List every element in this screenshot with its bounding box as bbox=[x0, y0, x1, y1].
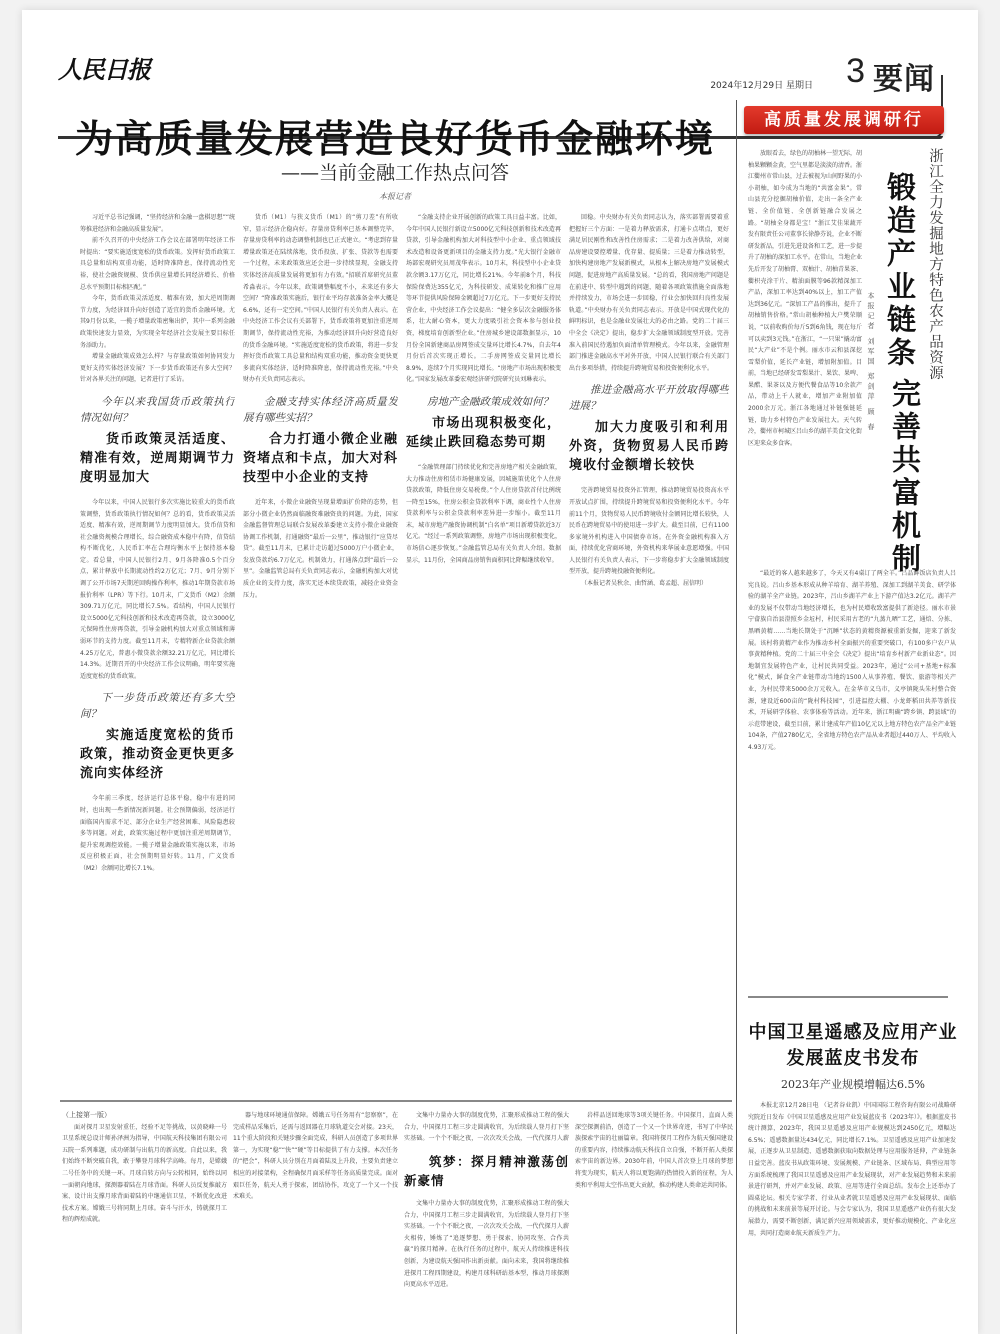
page-number: 3 bbox=[846, 52, 865, 91]
body-paragraph: “最近的客人越来越多了，今天又有4桌订了两全羊。”吕品鲜饭店负责人吕宪良说。吕山… bbox=[748, 568, 956, 754]
section-question: 金融支持实体经济高质量发展有哪些实招？ bbox=[243, 394, 398, 426]
continued-column-1: （上接第一版） 面对探月卫星发射重任，经验不足等挑战，以黄晓峰一号卫星系统总设计… bbox=[62, 1110, 227, 1330]
feature-kicker: 浙江全力发掘地方特色农产品资源 bbox=[925, 148, 946, 381]
closing-note: （本报记者吴秋余、曲哲涵、葛孟超、屈信明） bbox=[569, 578, 729, 590]
body-paragraph: 本报北京12月28日电 （记者谷业凯）中国国际工程咨询有限公司战略研究院近日发布… bbox=[748, 1100, 956, 1239]
feature-title-line-2: 完善共富机制 bbox=[885, 378, 926, 576]
column-divider bbox=[736, 100, 737, 1334]
intro-paragraph: 增量金融政策成效怎么样？与存量政策如何协同发力更好支持实体经济发展？下一步货币政… bbox=[80, 351, 235, 386]
section-name: 要闻 bbox=[873, 54, 935, 98]
lead-subheadline: ——当前金融工作热点问答 bbox=[60, 158, 730, 185]
body-paragraph: “金融支持企业开展创新的政策工具日益丰富。比如，今年中国人民银行新设立5000亿… bbox=[406, 212, 561, 386]
lead-column-1: 习近平总书记强调，“坚持经济和金融一盘棋思想”“统筹推进经济和金融高质量发展”。… bbox=[80, 212, 235, 1062]
section-rule bbox=[748, 996, 948, 998]
section-rule bbox=[60, 1100, 732, 1102]
body-paragraph: 文集中力量办大事的制度优势，汇聚形成推动工程的强大合力，中国探月工程三步走圆满收… bbox=[404, 1110, 569, 1142]
feature-banner: 高质量发展调研行 bbox=[744, 106, 944, 134]
section-question: 下一步货币政策还有多大空间？ bbox=[80, 690, 235, 722]
body-paragraph: 货币（M1）与狭义货币（M1）的“剪刀差”有所收窄，显示经济企稳向好。存量房贷利… bbox=[243, 212, 398, 386]
feature-column-upper: 放眼看去，绿色的胡柚林一望无际，胡柚果颗颗金黄，空气里都是淡淡的清香。浙江衢州市… bbox=[748, 148, 862, 568]
section-answer: 合力打通小微企业融资堵点和卡点，加大对科技型中小企业的支持 bbox=[243, 430, 398, 487]
body-paragraph: 今年以来，中国人民银行多次实施比较重大的货币政策调整，货币政策执行情况如何？总的… bbox=[80, 497, 235, 683]
section-question: 推进金融高水平开放取得哪些进展？ bbox=[569, 382, 729, 414]
feature-title-line-1: 锻造产业链条 bbox=[885, 172, 915, 370]
section-question: 今年以来我国货币政策执行情况如何？ bbox=[80, 394, 235, 426]
section-answer: 实施适度宽松的货币政策，推动资金更快更多流向实体经济 bbox=[80, 726, 235, 783]
satellite-article-body: 本报北京12月28日电 （记者谷业凯）中国国际工程咨询有限公司战略研究院近日发布… bbox=[748, 1100, 956, 1310]
section-answer: 加大力度吸引和利用外资，货物贸易人民币跨境收付金额增长较快 bbox=[569, 418, 729, 475]
issue-date: 2024年12月29日 星期日 bbox=[710, 78, 813, 91]
lead-column-3: “金融支持企业开展创新的政策工具日益丰富。比如，今年中国人民银行新设立5000亿… bbox=[406, 212, 561, 1062]
section-answer: 货币政策灵活适度、精准有效，逆周期调节力度明显加大 bbox=[80, 430, 235, 487]
satellite-article-subtitle: 2023年产业规模增幅达6.5% bbox=[748, 1076, 958, 1092]
body-paragraph: 放眼看去，绿色的胡柚林一望无际，胡柚果颗颗金黄，空气里都是淡淡的清香。浙江衢州市… bbox=[748, 148, 862, 449]
lead-column-4: 回稳。中央财办有关负责同志认为，落实部署需要着重把握好三个方面：一是着力释放需求… bbox=[569, 212, 729, 1062]
feature-column-lower: “最近的客人越来越多了，今天又有4桌订了两全羊。”吕品鲜饭店负责人吕宪良说。吕山… bbox=[748, 568, 956, 988]
body-paragraph: 器与地球环境通信保障。嫦娥五号任务用有“忽察察”，在完成样品采集后，还需与返回器… bbox=[233, 1110, 398, 1203]
continued-section-heading: 筑梦：探月精神激荡创新豪情 bbox=[404, 1152, 569, 1190]
continued-column-4: 岩样品送回地球等3项关键任务。中国探月，直面人类深空探测前沿，创造了一个又一个世… bbox=[575, 1110, 733, 1330]
section-answer: 市场出现积极变化，延续止跌回稳态势可期 bbox=[406, 414, 561, 452]
body-paragraph: 近年来，小微企业融资呈现量增面扩价降的态势，但部分小微企业仍然面临融资难融资贵的… bbox=[243, 497, 398, 601]
continued-column-3: 文集中力量办大事的制度优势，汇聚形成推动工程的强大合力，中国探月工程三步走圆满收… bbox=[404, 1110, 569, 1330]
feature-byline: 本报记者 刘军国 郑剑萍 顾 春 bbox=[866, 292, 876, 433]
intro-paragraph: 今年，货币政策灵活适度、精准有效，加大逆周期调节力度，为经济回升向好创造了适宜的… bbox=[80, 293, 235, 351]
body-paragraph: 文集中力量办大事的制度优势，汇聚形成推动工程的强大合力，中国探月工程三步走圆满收… bbox=[404, 1198, 569, 1291]
lead-column-2: 货币（M1）与狭义货币（M1）的“剪刀差”有所收窄，显示经济企稳向好。存量房贷利… bbox=[243, 212, 398, 1062]
lead-byline: 本报记者 bbox=[60, 191, 730, 202]
body-paragraph: “金融管理部门持续优化和完善房地产相关金融政策，大力推动住房租赁市场健康发展，因… bbox=[406, 462, 561, 566]
body-paragraph: 回稳。中央财办有关负责同志认为，落实部署需要着重把握好三个方面：一是着力释放需求… bbox=[569, 212, 729, 374]
body-paragraph: 今年前三季度，经济运行总体平稳，稳中有进的同时，也出现一些新情况新问题。社会预期… bbox=[80, 793, 235, 874]
section-question: 房地产金融政策成效如何？ bbox=[406, 394, 561, 410]
continued-label: （上接第一版） bbox=[62, 1110, 227, 1122]
satellite-article-title: 中国卫星遥感及应用产业发展蓝皮书发布 bbox=[748, 1020, 958, 1072]
body-paragraph: 面对探月卫星发射重任，经验不足等挑战，以黄晓峰一号卫星系统总设计师孙泽洲为指导，… bbox=[62, 1122, 227, 1226]
intro-paragraph: 习近平总书记强调，“坚持经济和金融一盘棋思想”“统筹推进经济和金融高质量发展”。 bbox=[80, 212, 235, 235]
newspaper-logo: 人民日报 bbox=[58, 50, 150, 85]
lead-headline: 为高质量发展营造良好货币金融环境 bbox=[60, 108, 730, 163]
body-paragraph: 岩样品送回地球等3项关键任务。中国探月，直面人类深空探测前沿，创造了一个又一个世… bbox=[575, 1110, 733, 1191]
intro-paragraph: 前不久召开的中央经济工作会议在部署明年经济工作时提出：“要实施适度宽松的货币政策… bbox=[80, 235, 235, 293]
body-paragraph: 完善跨境贸易投资外汇管理，推动跨境贸易投资高水平开放试点扩围，持续提升跨境贸易和… bbox=[569, 485, 729, 578]
continued-column-2: 器与地球环境通信保障。嫦娥五号任务用有“忽察察”，在完成样品采集后，还需与返回器… bbox=[233, 1110, 398, 1330]
